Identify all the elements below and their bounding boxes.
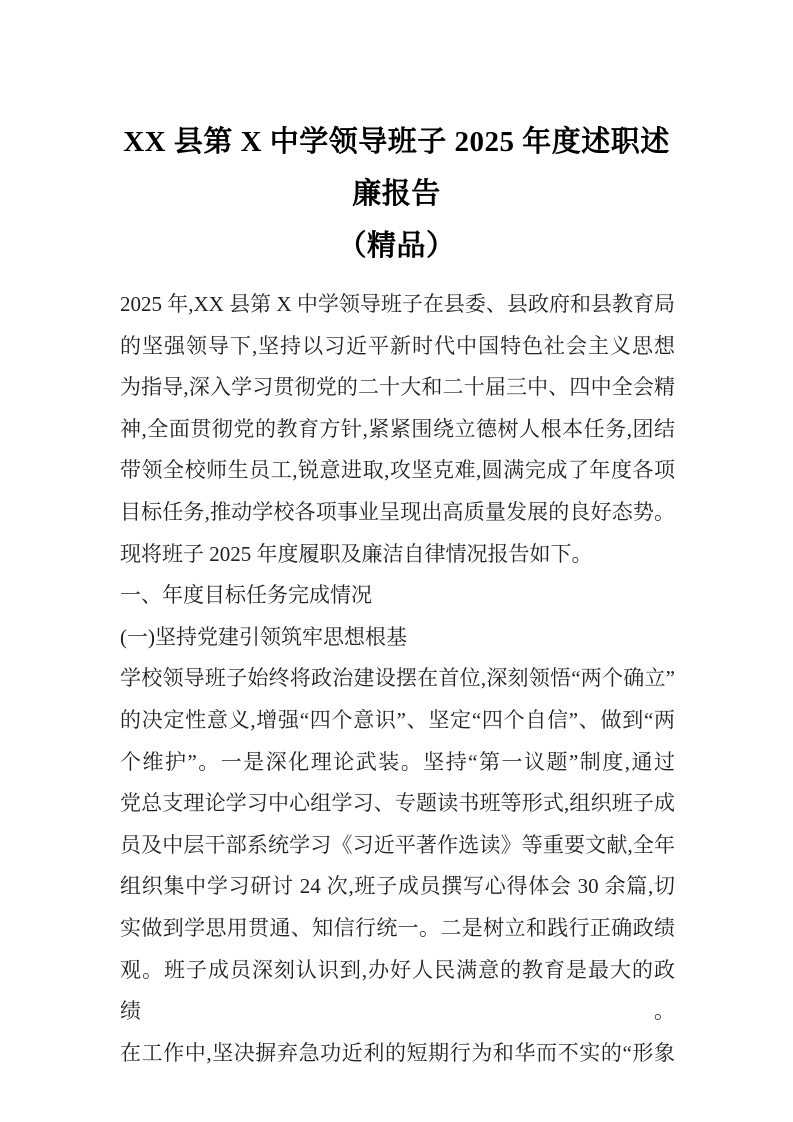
body-line: 个维护”。一是深化理论武装。坚持“第一议题”制度,通过 bbox=[120, 742, 675, 784]
section-heading-1: 一、年度目标任务完成情况 bbox=[120, 575, 675, 617]
document-title-line-2: （精品） bbox=[110, 220, 683, 272]
body-line: 目标任务,推动学校各项事业呈现出高质量发展的良好态势。 bbox=[120, 492, 675, 534]
body-line: 实做到学思用贯通、知信行统一。二是树立和践行正确政绩 bbox=[120, 908, 675, 950]
document-title: XX 县第 X 中学领导班子 2025 年度述职述廉报告 （精品） bbox=[110, 116, 683, 272]
body-line: 2025 年,XX 县第 X 中学领导班子在县委、县政府和县教育局 bbox=[120, 284, 675, 326]
body-line: 为指导,深入学习贯彻党的二十大和二十届三中、四中全会精 bbox=[120, 367, 675, 409]
body-line: 现将班子 2025 年度履职及廉洁自律情况报告如下。 bbox=[120, 534, 675, 576]
document-page: XX 县第 X 中学领导班子 2025 年度述职述廉报告 （精品） 2025 年… bbox=[0, 0, 793, 1122]
document-body: 2025 年,XX 县第 X 中学领导班子在县委、县政府和县教育局 的坚强领导下… bbox=[120, 284, 675, 1074]
body-line: 神,全面贯彻党的教育方针,紧紧围绕立德树人根本任务,团结 bbox=[120, 409, 675, 451]
body-line: 组织集中学习研讨 24 次,班子成员撰写心得体会 30 余篇,切 bbox=[120, 866, 675, 908]
body-line: 党总支理论学习中心组学习、专题读书班等形式,组织班子成 bbox=[120, 783, 675, 825]
body-line: 学校领导班子始终将政治建设摆在首位,深刻领悟“两个确立” bbox=[120, 658, 675, 700]
body-line: 带领全校师生员工,锐意进取,攻坚克难,圆满完成了年度各项 bbox=[120, 450, 675, 492]
body-line: 的决定性意义,增强“四个意识”、坚定“四个自信”、做到“两 bbox=[120, 700, 675, 742]
body-line: 在工作中,坚决摒弃急功近利的短期行为和华而不实的“形象 bbox=[120, 1033, 675, 1075]
subsection-heading-1: (一)坚持党建引领筑牢思想根基 bbox=[120, 617, 675, 659]
body-line: 员及中层干部系统学习《习近平著作选读》等重要文献,全年 bbox=[120, 825, 675, 867]
body-line: 的坚强领导下,坚持以习近平新时代中国特色社会主义思想 bbox=[120, 326, 675, 368]
document-title-line-1: XX 县第 X 中学领导班子 2025 年度述职述廉报告 bbox=[110, 116, 683, 220]
body-line: 观。班子成员深刻认识到,办好人民满意的教育是最大的政绩。 bbox=[120, 950, 675, 1033]
